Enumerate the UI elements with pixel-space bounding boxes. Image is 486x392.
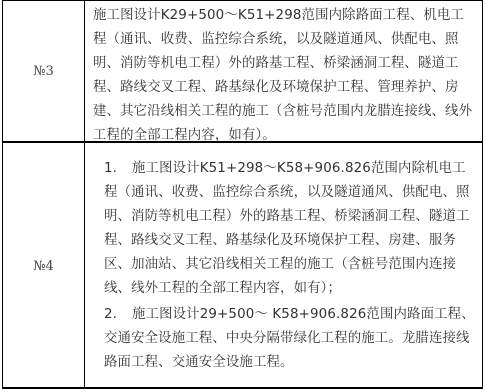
section-content-cell: 施工图设计K29+500～K51+298范围内除路面工程、机电工程（通讯、收费、… xyxy=(85,1,482,141)
section-number-cell: №3 xyxy=(3,1,85,141)
item-text: 施工图设计K51+298～K58+906.826范围内除机电工程（通讯、收费、监… xyxy=(104,161,470,296)
section-content-cell: 1.施工图设计K51+298～K58+906.826范围内除机电工程（通讯、收费… xyxy=(85,143,482,389)
section-number: №3 xyxy=(33,64,54,79)
section-item-2: 2.施工图设计29+500～ K58+906.826范围内路面工程、交通安全设施… xyxy=(104,303,476,375)
item-index: 2. xyxy=(104,303,132,327)
section-description: 施工图设计K29+500～K51+298范围内除路面工程、机电工程（通讯、收费、… xyxy=(93,4,476,148)
section-number: №4 xyxy=(33,259,54,274)
section-number-cell: №4 xyxy=(3,143,85,389)
contract-sections-table: №3 施工图设计K29+500～K51+298范围内除路面工程、机电工程（通讯、… xyxy=(2,0,483,389)
section-item-1: 1.施工图设计K51+298～K58+906.826范围内除机电工程（通讯、收费… xyxy=(104,157,476,301)
table-row-3: №3 施工图设计K29+500～K51+298范围内除路面工程、机电工程（通讯、… xyxy=(3,0,482,141)
item-index: 1. xyxy=(104,157,132,181)
item-text: 施工图设计29+500～ K58+906.826范围内路面工程、交通安全设施工程… xyxy=(104,307,475,370)
table-row-4: №4 1.施工图设计K51+298～K58+906.826范围内除机电工程（通讯… xyxy=(3,141,482,389)
